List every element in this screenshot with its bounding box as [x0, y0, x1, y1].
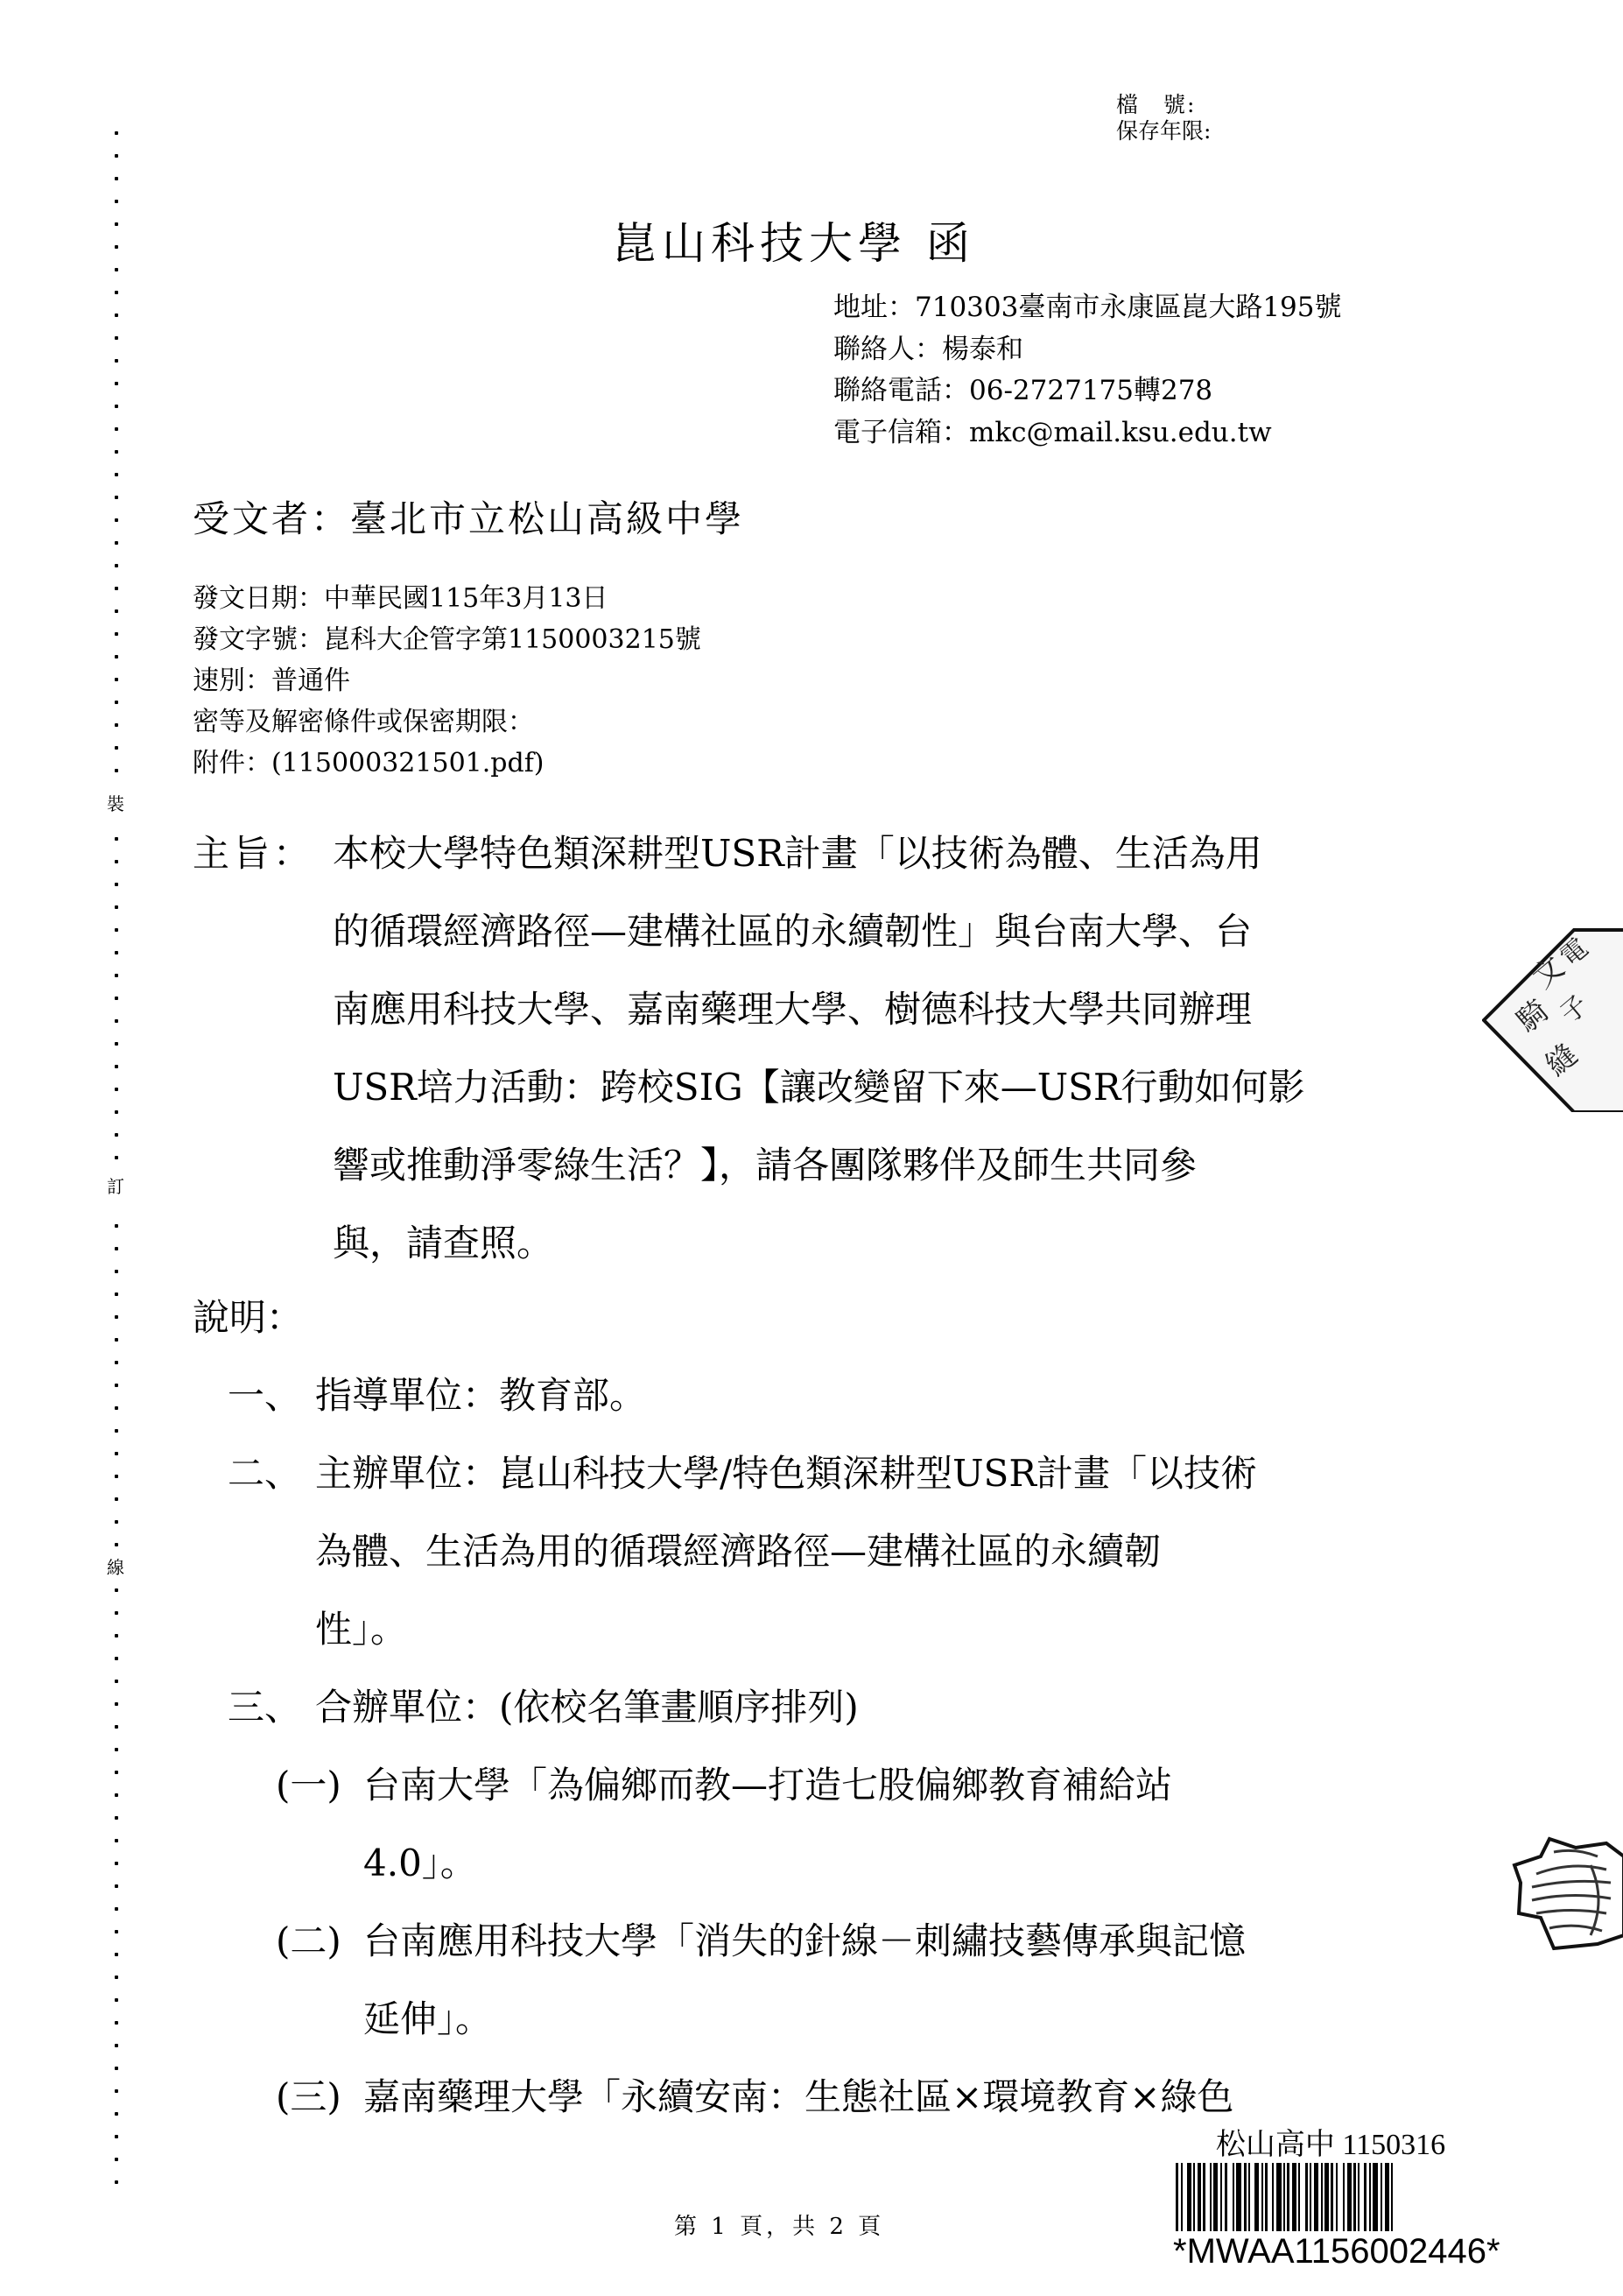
item-text: 主辦單位：崑山科技大學/特色類深耕型USR計畫「以技術 [315, 1434, 1257, 1512]
margin-dot [115, 1998, 118, 2002]
margin-dot [115, 473, 118, 476]
binding-mark-xian: 線 [107, 1559, 124, 1576]
margin-dot [115, 222, 118, 226]
sub-item-2: (二) 台南應用科技大學「消失的針線－刺繡技藝傳承與記憶 [193, 1902, 303, 1980]
explanation-label: 說明： [193, 1278, 303, 1356]
margin-dot [115, 2067, 118, 2070]
margin-dot [115, 1338, 118, 1342]
margin-dot [115, 1748, 118, 1751]
margin-dot [115, 2021, 118, 2025]
margin-dot [115, 2180, 118, 2184]
margin-dot [115, 313, 118, 317]
margin-dot [115, 450, 118, 454]
item-text-cont: 性」。 [315, 1590, 407, 1668]
margin-dot [115, 587, 118, 590]
barcode-bars [1176, 2163, 1488, 2231]
margin-dot [115, 905, 118, 909]
margin-dot [115, 382, 118, 385]
margin-dot [115, 1793, 118, 1797]
margin-dot [115, 860, 118, 863]
margin-dot [115, 1270, 118, 1273]
margin-dot [115, 974, 118, 977]
margin-dot [115, 951, 118, 954]
margin-dot [115, 1816, 118, 1820]
subject-line: 的循環經濟路徑—建構社區的永續韌性」與台南大學、台 [333, 892, 1602, 970]
official-seal-stamp-icon: 騎 文 電 縫 子 [1482, 928, 1623, 1112]
item-text: 合辦單位：(依校名筆畫順序排列) [315, 1668, 859, 1746]
margin-dot [115, 769, 118, 772]
explanation-item-3: 三、 合辦單位：(依校名筆畫順序排列) [193, 1668, 303, 1746]
margin-dot [115, 1065, 118, 1068]
explanation-section: 說明： 一、 指導單位：教育部。 二、 主辦單位：崑山科技大學/特色類深耕型US… [193, 1278, 303, 2136]
margin-dot [115, 1315, 118, 1319]
phone: 聯絡電話：06-2727175轉278 [833, 370, 1342, 412]
margin-dot [115, 336, 118, 340]
margin-dot [115, 1611, 118, 1615]
delivery-speed: 速別：普通件 [193, 660, 701, 701]
barcode-code: *MWAA1156002446* [1173, 2233, 1488, 2270]
sub-item-1: (一) 台南大學「為偏鄉而教—打造七股偏鄉教育補給站 [193, 1746, 303, 1824]
margin-dot [115, 1680, 118, 1683]
item-text-cont: 為體、生活為用的循環經濟路徑—建構社區的永續韌 [315, 1512, 1161, 1590]
subject-line: 南應用科技大學、嘉南藥理大學、樹德科技大學共同辦理 [333, 970, 1602, 1048]
margin-dot [115, 1042, 118, 1046]
margin-dot [115, 1224, 118, 1228]
margin-dot [115, 701, 118, 704]
item-marker: 三、 [228, 1668, 301, 1746]
page-seal-stamp-icon [1510, 1830, 1623, 1953]
margin-dot [115, 723, 118, 727]
document-meta: 發文日期：中華民國115年3月13日 發文字號：崑科大企管字第115000321… [193, 578, 701, 784]
margin-dot [115, 746, 118, 750]
subject-line: 響或推動淨零綠生活？】，請各團隊夥伴及師生共同參 [333, 1126, 1602, 1204]
margin-dot [115, 2044, 118, 2047]
binding-margin-dots [114, 131, 121, 2189]
subject-line: USR培力活動：跨校SIG【讓改變留下來—USR行動如何影 [333, 1048, 1602, 1126]
margin-dot [115, 1088, 118, 1091]
margin-dot [115, 2089, 118, 2093]
margin-dot [115, 632, 118, 636]
margin-dot [115, 1884, 118, 1888]
margin-dot [115, 1429, 118, 1433]
subject-line: 本校大學特色類深耕型USR計畫「以技術為體、生活為用 [333, 814, 1602, 892]
margin-dot [115, 928, 118, 932]
margin-dot [115, 2135, 118, 2138]
margin-dot [115, 1406, 118, 1410]
margin-dot [115, 1452, 118, 1455]
attachment[interactable]: 附件：(115000321501.pdf) [193, 743, 701, 784]
margin-dot [115, 564, 118, 567]
margin-dot [115, 268, 118, 271]
margin-dot [115, 496, 118, 499]
margin-dot [115, 1497, 118, 1501]
sub-item-text: 台南應用科技大學「消失的針線－刺繡技藝傳承與記憶 [363, 1902, 1246, 1980]
margin-dot [115, 1953, 118, 1956]
item-text: 指導單位：教育部。 [315, 1356, 646, 1434]
explanation-item-2: 二、 主辦單位：崑山科技大學/特色類深耕型USR計畫「以技術 [193, 1434, 303, 1512]
margin-dot [115, 1361, 118, 1364]
document-number: 發文字號：崑科大企管字第1150003215號 [193, 619, 701, 660]
margin-dot [115, 405, 118, 408]
margin-dot [115, 1247, 118, 1250]
email: 電子信箱：mkc@mail.ksu.edu.tw [833, 412, 1342, 454]
margin-dot [115, 1634, 118, 1637]
margin-dot [115, 200, 118, 203]
sub-item-marker: (三) [276, 2058, 341, 2136]
margin-dot [115, 883, 118, 886]
margin-dot [115, 427, 118, 431]
margin-dot [115, 1292, 118, 1296]
barcode-block: 松山高中 1150316 *MWAA1156002446* [1173, 2128, 1488, 2270]
address: 地址：710303臺南市永康區崑大路195號 [833, 287, 1342, 329]
margin-dot [115, 1657, 118, 1660]
margin-dot [115, 1133, 118, 1137]
margin-dot [115, 1976, 118, 1979]
margin-dot [115, 359, 118, 363]
item-marker: 一、 [228, 1356, 301, 1434]
margin-dot [115, 837, 118, 841]
margin-dot [115, 2112, 118, 2116]
margin-dot [115, 1725, 118, 1729]
margin-dot [115, 1771, 118, 1774]
margin-dot [115, 997, 118, 1000]
margin-dot [115, 2158, 118, 2161]
margin-dot [115, 245, 118, 249]
subject-body: 本校大學特色類深耕型USR計畫「以技術為體、生活為用 的循環經濟路徑—建構社區的… [333, 814, 1602, 1282]
margin-dot [115, 1543, 118, 1546]
margin-dot [115, 1156, 118, 1159]
document-title: 崑山科技大學 函 [613, 208, 975, 271]
margin-dot [115, 1839, 118, 1842]
subject-label: 主旨： [193, 814, 313, 892]
contact-block: 地址：710303臺南市永康區崑大路195號 聯絡人：楊泰和 聯絡電話：06-2… [833, 287, 1342, 454]
sub-item-text: 台南大學「為偏鄉而教—打造七股偏鄉教育補給站 [363, 1746, 1172, 1824]
margin-dot [115, 1907, 118, 1911]
item-marker: 二、 [228, 1434, 301, 1512]
barcode-label: 松山高中 1150316 [1173, 2128, 1488, 2163]
sub-item-text: 嘉南藥理大學「永續安南：生態社區×環境教育×綠色 [363, 2058, 1233, 2136]
binding-mark-zhuang: 裝 [107, 795, 124, 813]
margin-dot [115, 1588, 118, 1592]
subject-line: 與，請查照。 [333, 1204, 1602, 1282]
filing-info: 檔 號: 保存年限: [1116, 92, 1211, 144]
margin-dot [115, 1862, 118, 1865]
margin-dot [115, 177, 118, 180]
margin-dot [115, 518, 118, 522]
margin-dot [115, 131, 118, 135]
sub-item-marker: (二) [276, 1902, 341, 1980]
file-number-label: 檔 號: [1116, 92, 1211, 118]
margin-dot [115, 1110, 118, 1114]
sub-item-text-cont: 4.0」。 [363, 1824, 477, 1902]
page-number: 第 1 頁，共 2 頁 [674, 2208, 884, 2241]
margin-dot [115, 609, 118, 613]
explanation-item-1: 一、 指導單位：教育部。 [193, 1356, 303, 1434]
sub-item-3: (三) 嘉南藥理大學「永續安南：生態社區×環境教育×綠色 [193, 2058, 303, 2136]
margin-dot [115, 1520, 118, 1524]
margin-dot [115, 1702, 118, 1706]
margin-dot [115, 678, 118, 681]
margin-dot [115, 1384, 118, 1387]
recipient: 受文者：臺北市立松山高級中學 [193, 490, 744, 543]
margin-dot [115, 1475, 118, 1478]
contact-person: 聯絡人：楊泰和 [833, 329, 1342, 371]
margin-dot [115, 291, 118, 294]
margin-dot [115, 655, 118, 659]
margin-dot [115, 154, 118, 158]
retention-period-label: 保存年限: [1116, 118, 1211, 144]
issue-date: 發文日期：中華民國115年3月13日 [193, 578, 701, 619]
security-level: 密等及解密條件或保密期限： [193, 701, 701, 743]
margin-dot [115, 1930, 118, 1933]
binding-mark-ding: 訂 [107, 1178, 124, 1195]
margin-dot [115, 1019, 118, 1023]
sub-item-marker: (一) [276, 1746, 341, 1824]
sub-item-text-cont: 延伸」。 [363, 1980, 492, 2058]
margin-dot [115, 541, 118, 545]
